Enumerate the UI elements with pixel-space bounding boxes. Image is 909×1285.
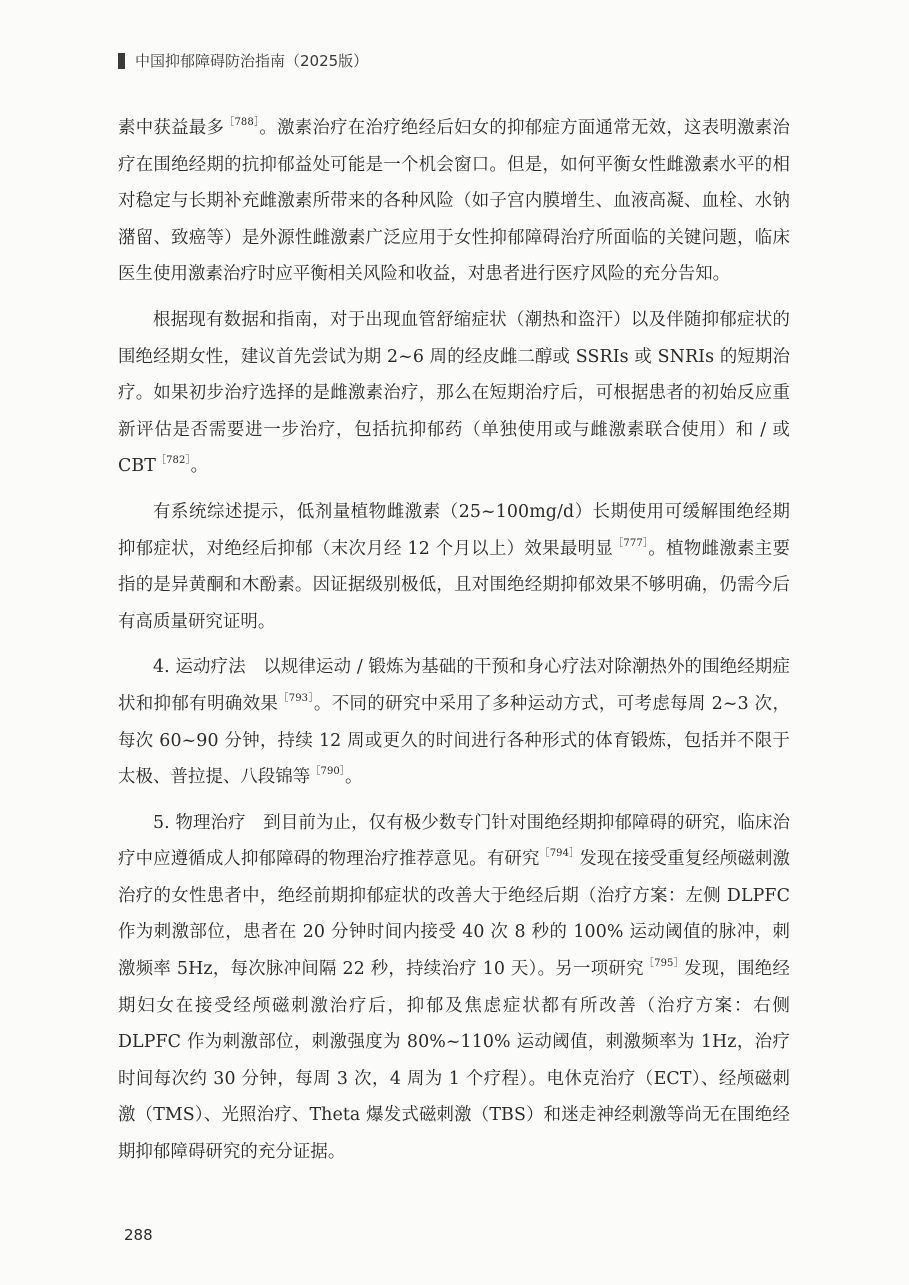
paragraph-text: 素中获益最多: [118, 118, 224, 138]
header-bar-mark: [118, 53, 125, 69]
page-body: 素中获益最多［788］。激素治疗在治疗绝经后妇女的抑郁症方面通常无效，这表明激素…: [118, 110, 790, 1180]
citation-ref: ［782］: [156, 455, 191, 466]
paragraph-text: 。激素治疗在治疗绝经后妇女的抑郁症方面通常无效，这表明激素治疗在围绝经期的抗抑郁…: [118, 118, 790, 284]
citation-ref: ［793］: [278, 693, 314, 704]
running-header: 中国抑郁障碍防治指南（2025版）: [118, 50, 368, 71]
paragraph: 素中获益最多［788］。激素治疗在治疗绝经后妇女的抑郁症方面通常无效，这表明激素…: [118, 110, 790, 293]
paragraph: 5. 物理治疗 到目前为止，仅有极少数专门针对围绝经期抑郁障碍的研究，临床治疗中…: [118, 805, 790, 1171]
page-number: 288: [124, 1226, 153, 1244]
citation-ref: ［788］: [224, 117, 259, 128]
paragraph: 根据现有数据和指南，对于出现血管舒缩症状（潮热和盗汗）以及伴随抑郁症状的围绝经期…: [118, 302, 790, 485]
paragraph-text: 。: [345, 767, 363, 787]
paragraph-text: 。: [191, 456, 209, 476]
citation-ref: ［777］: [613, 538, 648, 549]
paragraph: 有系统综述提示，低剂量植物雌激素（25~100mg/d）长期使用可缓解围绝经期抑…: [118, 494, 790, 640]
citation-ref: ［794］: [540, 848, 580, 859]
paragraph-text: 根据现有数据和指南，对于出现血管舒缩症状（潮热和盗汗）以及伴随抑郁症状的围绝经期…: [118, 310, 790, 476]
paragraph-text: 发现，围绝经期妇女在接受经颅磁刺激治疗后，抑郁及焦虑症状都有所改善（治疗方案：右…: [118, 959, 790, 1162]
paragraph: 4. 运动疗法 以规律运动 / 锻炼为基础的干预和身心疗法对除潮热外的围绝经期症…: [118, 649, 790, 795]
running-title: 中国抑郁障碍防治指南（2025版）: [135, 50, 368, 71]
citation-ref: ［795］: [644, 958, 684, 969]
citation-ref: ［790］: [310, 766, 345, 777]
